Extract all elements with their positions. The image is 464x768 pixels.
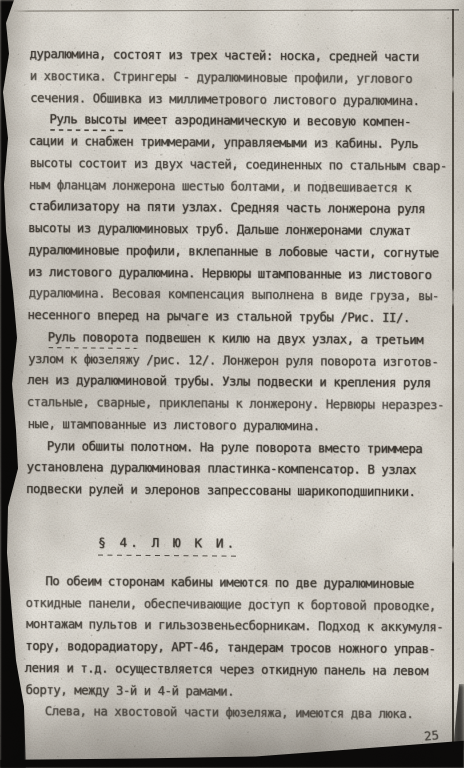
text-line: ные, штампованные из листового дуралюмин… <box>28 414 448 439</box>
scan-shadow-right-bottom <box>453 684 464 750</box>
section-heading: § 4. Л Ю К И. <box>98 535 240 557</box>
section-heading-row: § 4. Л Ю К И. <box>98 535 446 562</box>
scan-shadow-bottom-edge <box>0 734 464 768</box>
paragraphs-before-heading: дуралюмина, состоят из трех частей: носк… <box>26 44 450 504</box>
text-line: Слева, на хвостовой части фюзеляжа, имею… <box>25 701 445 726</box>
text-line: монтажам пультов и гильзозвеньесборникам… <box>26 614 446 639</box>
scan-shadow-left-edge <box>0 0 26 768</box>
text-line: высоты из дуралюминовых труб. Дальше лон… <box>28 218 448 243</box>
text-line: подвески рулей и элеронов запрессованы ш… <box>26 479 446 504</box>
paragraphs-after-heading: По обеим сторонам кабины имеются по две … <box>25 571 446 727</box>
text-line: узлом к фюзеляжу /рис. 12/. Лонжерон рул… <box>28 348 448 373</box>
text-line: сечения. Обшивка из миллиметрового листо… <box>30 88 450 113</box>
page-frame-top-line <box>13 9 459 11</box>
text-line: дуралюминовые профили, вклепанные в лобо… <box>28 240 448 265</box>
page-number: 25 <box>423 727 439 743</box>
scanned-document-page: дуралюмина, состоят из трех частей: носк… <box>0 0 464 768</box>
text-line: несенного вперед на рычаге из стальной т… <box>27 305 447 330</box>
document-text: дуралюмина, состоят из трех частей: носк… <box>25 44 450 726</box>
underlined-phrase: Руль высоты <box>49 112 126 131</box>
page-frame-right-line <box>452 9 454 744</box>
underlined-phrase: Руль поворота <box>48 330 139 349</box>
text-line: ным фланцам лонжерона шестью болтами, и … <box>29 174 449 199</box>
